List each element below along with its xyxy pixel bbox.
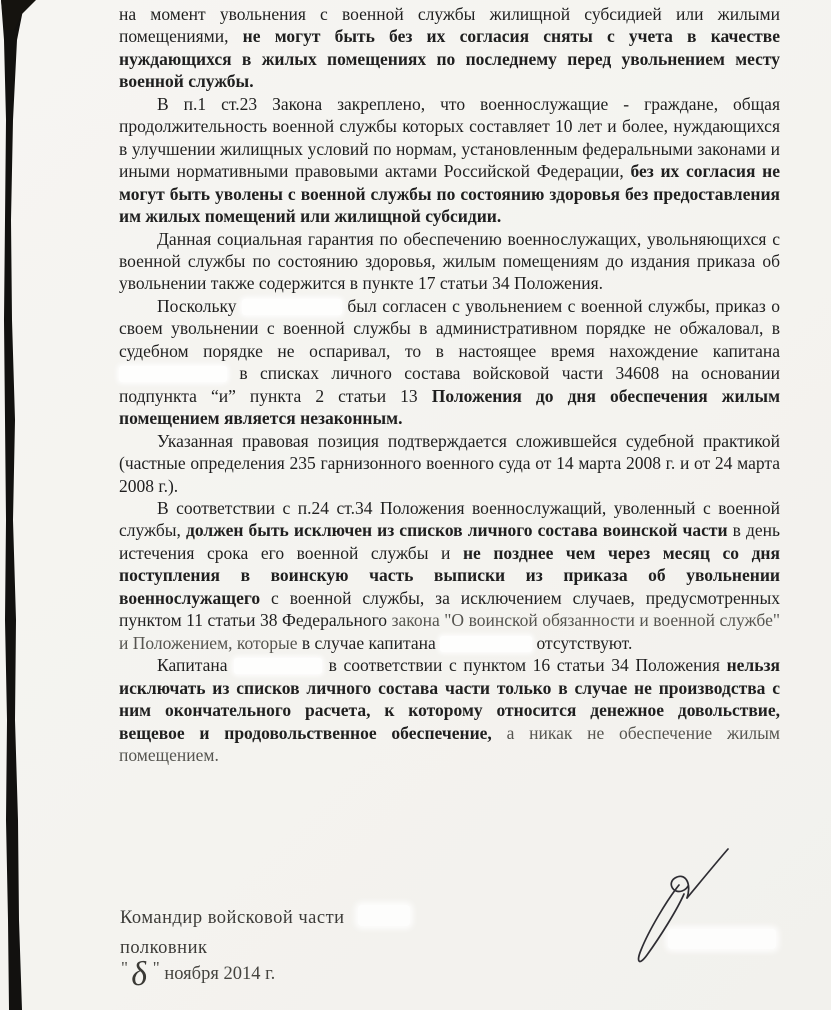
handwritten-day: δ <box>130 955 148 994</box>
paragraph: Поскольку был согласен с увольнением с в… <box>119 295 780 430</box>
text-segment: в случае капитана <box>302 633 440 653</box>
redaction-box <box>119 366 227 382</box>
paragraph: Данная социальная гарантия по обеспечени… <box>119 228 780 295</box>
text-segment: Поскольку <box>157 296 242 316</box>
paragraph: Указанная правовая позиция подтверждаетс… <box>119 430 780 497</box>
paragraph: Капитана в соответствии с пунктом 16 ста… <box>119 654 780 766</box>
date-open-quote: " <box>121 958 128 977</box>
redaction-box-unit-number <box>358 905 410 926</box>
redaction-box <box>440 636 532 652</box>
text-segment: в соответствии с пунктом 16 статьи 34 По… <box>322 655 726 675</box>
date-month-year: ноября 2014 г. <box>164 964 275 984</box>
text-segment: Данная социальная гарантия по обеспечени… <box>119 229 780 294</box>
paragraph: В п.1 ст.23 Закона закреплено, что военн… <box>119 93 780 228</box>
paragraph: на момент увольнения с военной службы жи… <box>119 3 780 93</box>
date-line: "δ" ноября 2014 г. <box>121 956 275 994</box>
redaction-box <box>234 658 322 674</box>
text-segment: Капитана <box>157 655 234 675</box>
document-body: на момент увольнения с военной службы жи… <box>119 3 780 766</box>
signature-stroke <box>585 842 775 992</box>
date-close-quote: " <box>153 958 160 977</box>
redaction-box <box>242 299 342 315</box>
paragraph: В соответствии с п.24 ст.34 Положения во… <box>119 497 780 654</box>
closing-block: Командир войсковой части полковник <box>120 903 345 963</box>
text-segment: должен быть исключен из списков личного … <box>186 520 728 540</box>
text-segment: отсутствуют. <box>532 633 632 653</box>
text-segment: Указанная правовая позиция подтверждаетс… <box>119 431 780 496</box>
scanned-document-page: { "page": { "background": "#f5f4f1", "in… <box>0 0 831 1010</box>
commander-title-line: Командир войсковой части <box>120 903 345 933</box>
